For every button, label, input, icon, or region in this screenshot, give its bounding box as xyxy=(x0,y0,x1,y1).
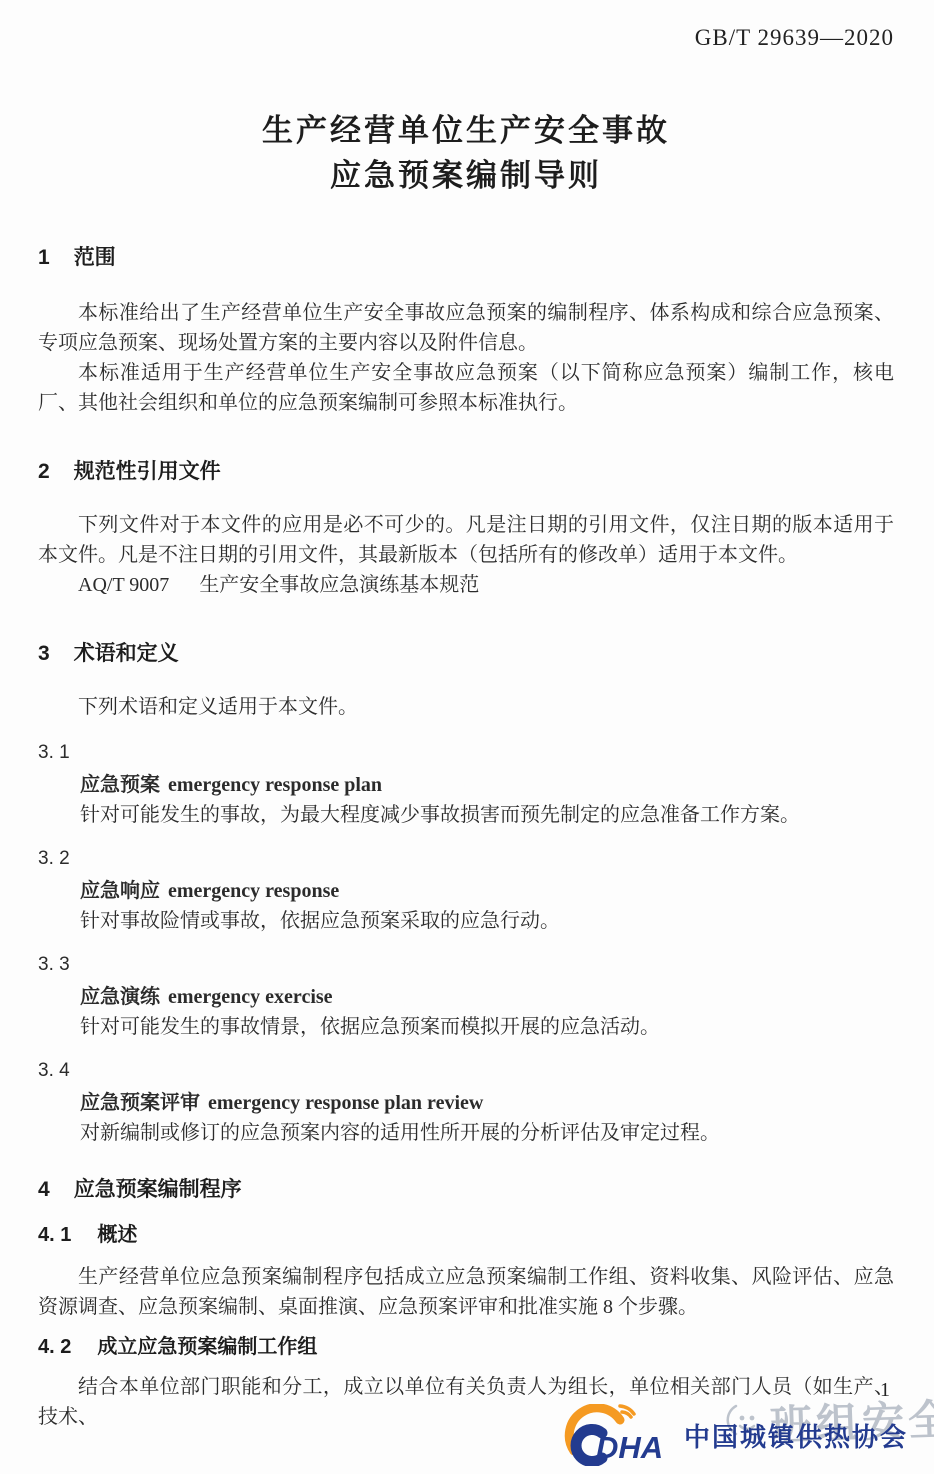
section-2-body: 下列文件对于本文件的应用是必不可少的。凡是注日期的引用文件，仅注日期的版本适用于… xyxy=(38,510,894,600)
term-chinese: 应急演练 xyxy=(80,986,160,1008)
document-page: GB/T 29639—2020 生产经营单位生产安全事故 应急预案编制导则 1范… xyxy=(0,0,934,1474)
section-4-heading: 4应急预案编制程序 xyxy=(38,1176,894,1204)
term-chinese: 应急预案评审 xyxy=(80,1092,200,1114)
paragraph: 本标准适用于生产经营单位生产安全事故应急预案（以下简称应急预案）编制工作，核电厂… xyxy=(38,358,894,418)
section-1-number: 1 xyxy=(38,246,50,269)
section-3-number: 3 xyxy=(38,642,50,665)
standard-code: GB/T 29639—2020 xyxy=(38,24,894,52)
term-number: 3. 4 xyxy=(38,1056,894,1086)
section-2-number: 2 xyxy=(38,460,50,483)
term-definition: 对新编制或修订的应急预案内容的适用性所开展的分析评估及审定过程。 xyxy=(80,1118,894,1148)
term-chinese: 应急预案 xyxy=(80,774,160,796)
term-number: 3. 3 xyxy=(38,950,894,980)
section-4-1-body: 生产经营单位应急预案编制程序包括成立应急预案编制工作组、资料收集、风险评估、应急… xyxy=(38,1262,894,1322)
reference-code: AQ/T 9007 xyxy=(78,574,169,596)
paragraph: 本标准给出了生产经营单位生产安全事故应急预案的编制程序、体系构成和综合应急预案、… xyxy=(38,298,894,358)
term-name: 应急预案评审emergency response plan review xyxy=(80,1088,894,1118)
section-1-title: 范围 xyxy=(74,246,116,269)
section-2-heading: 2规范性引用文件 xyxy=(38,458,894,486)
reference-title: 生产安全事故应急演练基本规范 xyxy=(199,574,479,596)
term-english: emergency response plan xyxy=(168,774,382,796)
term-english: emergency response plan review xyxy=(208,1092,483,1114)
term-definition: 针对事故险情或事故，依据应急预案采取的应急行动。 xyxy=(80,906,894,936)
section-2-title: 规范性引用文件 xyxy=(74,460,221,483)
section-3-heading: 3术语和定义 xyxy=(38,640,894,668)
paragraph: 生产经营单位应急预案编制程序包括成立应急预案编制工作组、资料收集、风险评估、应急… xyxy=(38,1262,894,1322)
section-4-title: 应急预案编制程序 xyxy=(74,1178,242,1201)
section-1-heading: 1范围 xyxy=(38,244,894,272)
term-definition: 针对可能发生的事故，为最大程度减少事故损害而预先制定的应急准备工作方案。 xyxy=(80,800,894,830)
term-name: 应急演练emergency exercise xyxy=(80,982,894,1012)
section-4-2-title: 成立应急预案编制工作组 xyxy=(97,1336,317,1358)
section-4-number: 4 xyxy=(38,1178,50,1201)
term-english: emergency exercise xyxy=(168,986,333,1008)
term-definition: 针对可能发生的事故情景，依据应急预案而模拟开展的应急活动。 xyxy=(80,1012,894,1042)
document-title: 生产经营单位生产安全事故 应急预案编制导则 xyxy=(38,108,894,198)
term-number: 3. 2 xyxy=(38,844,894,874)
cdha-logo: DHA xyxy=(562,1404,680,1466)
section-4-1-title: 概述 xyxy=(97,1224,137,1246)
document-title-line2: 应急预案编制导则 xyxy=(38,153,894,198)
section-4-2-heading: 4. 2成立应急预案编制工作组 xyxy=(38,1334,894,1360)
page-content: GB/T 29639—2020 生产经营单位生产安全事故 应急预案编制导则 1范… xyxy=(0,0,934,1432)
section-1-body: 本标准给出了生产经营单位生产安全事故应急预案的编制程序、体系构成和综合应急预案、… xyxy=(38,298,894,418)
paragraph: 下列文件对于本文件的应用是必不可少的。凡是注日期的引用文件，仅注日期的版本适用于… xyxy=(38,510,894,570)
normative-reference: AQ/T 9007生产安全事故应急演练基本规范 xyxy=(38,570,894,600)
document-title-line1: 生产经营单位生产安全事故 xyxy=(38,108,894,153)
section-4-1-number: 4. 1 xyxy=(38,1224,71,1246)
term-number: 3. 1 xyxy=(38,738,894,768)
cdha-letters: DHA xyxy=(596,1430,663,1465)
term-chinese: 应急响应 xyxy=(80,880,160,902)
section-4-1-heading: 4. 1概述 xyxy=(38,1222,894,1248)
section-4-2-number: 4. 2 xyxy=(38,1336,71,1358)
term-name: 应急响应emergency response xyxy=(80,876,894,906)
terms-intro: 下列术语和定义适用于本文件。 xyxy=(38,692,894,722)
term-english: emergency response xyxy=(168,880,339,902)
section-3-title: 术语和定义 xyxy=(74,642,179,665)
org-name: 中国城镇供热协会 xyxy=(684,1417,908,1454)
term-name: 应急预案emergency response plan xyxy=(80,770,894,800)
footer-brand: DHA 中国城镇供热协会 xyxy=(562,1404,908,1466)
